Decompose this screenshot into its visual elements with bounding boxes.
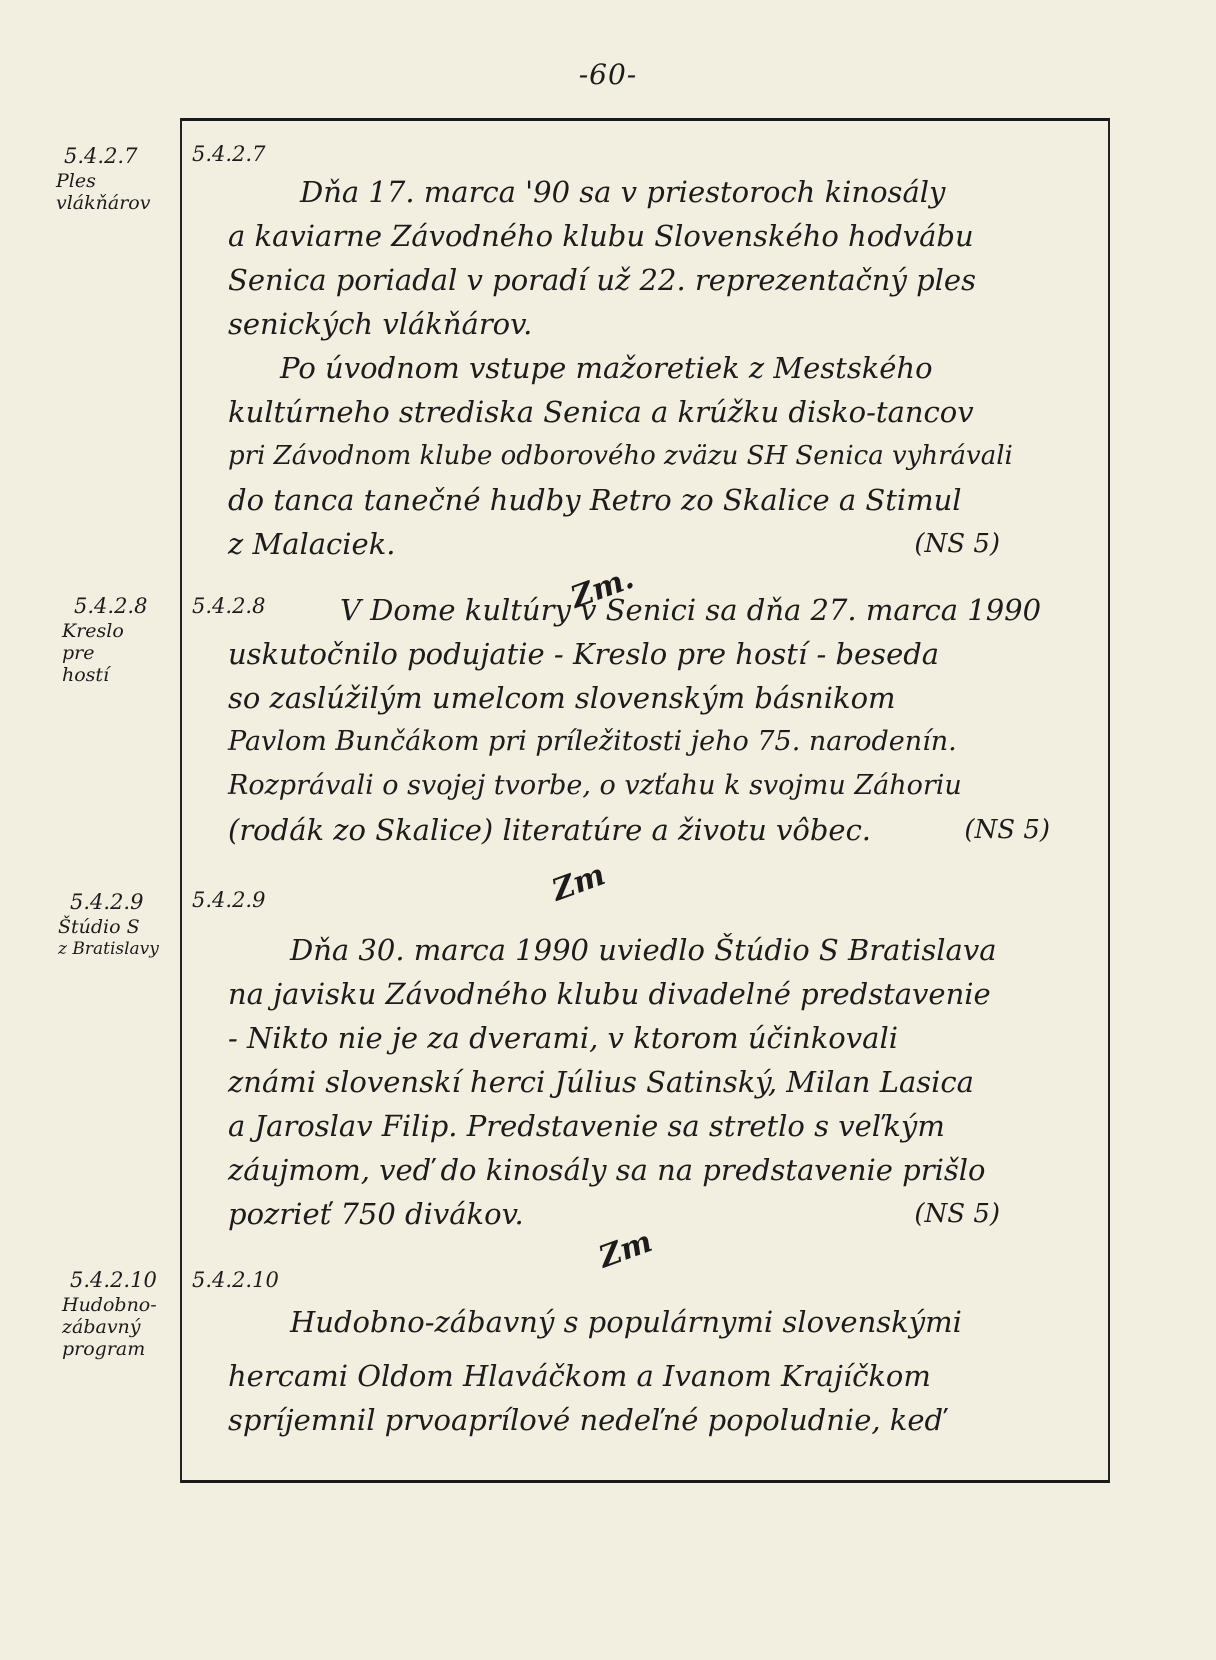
entry-line: uskutočnilo podujatie - Kreslo pre hostí… xyxy=(190,632,1090,676)
entry-hudobno-zabavny-program: 5.4.2.10 Hudobno-zábavný s populárnymi s… xyxy=(190,1268,1090,1442)
margin-number: 5.4.2.10 xyxy=(62,1268,182,1292)
entry-number: 5.4.2.7 xyxy=(192,142,265,166)
entry-line: a kaviarne Závodného klubu Slovenského h… xyxy=(190,214,1090,258)
margin-label: Ples xyxy=(52,170,172,192)
margin-label: pre xyxy=(62,642,182,664)
source-reference: (NS 5) xyxy=(914,522,1000,566)
entry-number: 5.4.2.9 xyxy=(192,888,265,912)
entry-line-text: z Malaciek. xyxy=(228,527,396,561)
margin-number: 5.4.2.9 xyxy=(58,890,178,914)
entry-line: a Jaroslav Filip. Predstavenie sa stretl… xyxy=(190,1104,1090,1148)
margin-label: z Bratislavy xyxy=(58,938,178,960)
margin-note-entry-1: 5.4.2.7 Ples vlákňárov xyxy=(52,144,172,214)
entry-line: pri Závodnom klube odborového zväzu SH S… xyxy=(190,434,1090,478)
entry-line: do tanca tanečné hudby Retro zo Skalice … xyxy=(190,478,1090,522)
entry-kreslo-pre-hosti: 5.4.2.8 V Dome kultúry v Senici sa dňa 2… xyxy=(190,594,1090,892)
margin-label: Štúdio S xyxy=(58,916,178,938)
entry-line: Senica poriadal v poradí už 22. reprezen… xyxy=(190,258,1090,302)
entry-number: 5.4.2.8 xyxy=(192,594,265,618)
margin-number: 5.4.2.8 xyxy=(62,594,182,618)
entry-number: 5.4.2.10 xyxy=(192,1268,279,1292)
entry-line: Po úvodnom vstupe mažoretiek z Mestského xyxy=(190,346,1090,390)
entry-line: na javisku Závodného klubu divadelné pre… xyxy=(190,972,1090,1016)
margin-note-entry-2: 5.4.2.8 Kreslo pre hostí xyxy=(62,594,182,686)
entry-line: Pavlom Bunčákom pri príležitosti jeho 75… xyxy=(190,720,1090,764)
entry-line-text: pozrieť 750 divákov. xyxy=(228,1197,524,1231)
margin-label: vlákňárov xyxy=(52,192,172,214)
page-number: -60- xyxy=(0,58,1216,91)
margin-label: zábavný xyxy=(62,1316,182,1338)
entry-line: so zaslúžilým umelcom slovenským básniko… xyxy=(190,676,1090,720)
entry-line-text: (rodák zo Skalice) literatúre a životu v… xyxy=(228,813,871,847)
entry-line: Rozprávali o svojej tvorbe, o vzťahu k s… xyxy=(190,764,1090,808)
entry-ples-vlaknarov: 5.4.2.7 Dňa 17. marca '90 sa v priestoro… xyxy=(190,142,1090,606)
source-reference: (NS 5) xyxy=(964,808,1050,852)
margin-label: program xyxy=(62,1338,182,1360)
entry-line: - Nikto nie je za dverami, v ktorom účin… xyxy=(190,1016,1090,1060)
margin-number: 5.4.2.7 xyxy=(52,144,172,168)
entry-line: Dňa 17. marca '90 sa v priestoroch kinos… xyxy=(190,170,1090,214)
margin-note-entry-4: 5.4.2.10 Hudobno- zábavný program xyxy=(62,1268,182,1360)
margin-note-entry-3: 5.4.2.9 Štúdio S z Bratislavy xyxy=(58,890,178,960)
entry-studio-s: 5.4.2.9 Dňa 30. marca 1990 uviedlo Štúdi… xyxy=(190,888,1090,1276)
entry-line: známi slovenskí herci Július Satinský, M… xyxy=(190,1060,1090,1104)
entry-line: kultúrneho strediska Senica a krúžku dis… xyxy=(190,390,1090,434)
entry-line: záujmom, veď do kinosály sa na predstave… xyxy=(190,1148,1090,1192)
entry-line: V Dome kultúry v Senici sa dňa 27. marca… xyxy=(190,588,1090,632)
source-reference: (NS 5) xyxy=(914,1192,1000,1236)
margin-label: Kreslo xyxy=(62,620,182,642)
entry-line: Hudobno-zábavný s populárnymi slovenským… xyxy=(190,1290,1090,1354)
entry-line: Dňa 30. marca 1990 uviedlo Štúdio S Brat… xyxy=(190,928,1090,972)
entry-line: senických vlákňárov. xyxy=(190,302,1090,346)
margin-label: Hudobno- xyxy=(62,1294,182,1316)
margin-label: hostí xyxy=(62,664,182,686)
entry-line: spríjemnil prvoaprílové nedeľné popoludn… xyxy=(190,1398,1090,1442)
entry-line: hercami Oldom Hlaváčkom a Ivanom Krajíčk… xyxy=(190,1354,1090,1398)
